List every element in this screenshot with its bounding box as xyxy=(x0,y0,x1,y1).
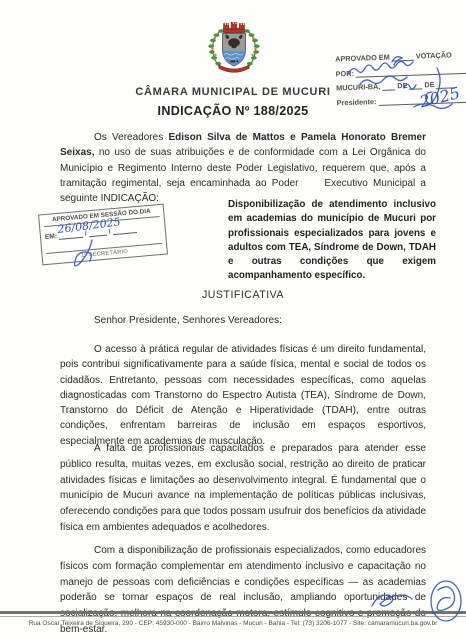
mural-crown xyxy=(224,22,245,33)
de-label: DE xyxy=(424,80,434,89)
presidente-label: Presidente: xyxy=(337,97,377,107)
coat-of-arms-mucuri xyxy=(199,20,269,84)
por-label: POR: xyxy=(336,68,355,78)
blank-field xyxy=(436,79,454,89)
blank-field xyxy=(392,52,414,62)
stamp-approved-in-vote: APROVADO EM VOTAÇÃO POR: MUCURI-BA, DE D… xyxy=(335,50,466,113)
blank-field xyxy=(378,93,466,105)
justification-paragraph-1: O acesso à prática regular de atividades… xyxy=(60,342,426,449)
justificativa-heading: JUSTIFICATIVA xyxy=(60,289,426,301)
footer-rule-thin xyxy=(0,616,466,617)
blank-field xyxy=(356,64,466,77)
approved-em-label: APROVADO EM xyxy=(335,53,390,64)
city-label: MUCURI-BA, xyxy=(336,82,380,93)
de-label: DE xyxy=(397,81,407,90)
blank-month xyxy=(88,227,107,238)
stamp-approved-in-session: APROVADO EM SESSÃO DO DIA EM: / / 1º SEC… xyxy=(38,204,168,266)
wreath-right xyxy=(244,29,260,65)
intro-lead: Os Vereadores xyxy=(94,132,168,143)
stamp-line-votacao: APROVADO EM VOTAÇÃO xyxy=(335,50,466,64)
wreath-left xyxy=(208,29,224,65)
document-page: CÂMARA MUNICIPAL DE MUCURI INDICAÇÃO Nº … xyxy=(0,0,466,640)
blank-field xyxy=(409,80,422,89)
footer-address: Rua Oscar Teixeira de Siqueira, 290 - CE… xyxy=(0,620,466,627)
stamp-line-date: MUCURI-BA, DE DE xyxy=(336,79,466,93)
footer-rule xyxy=(0,611,466,614)
indication-text: Disponibilização de atendimento inclusiv… xyxy=(228,198,436,284)
em-label: EM: xyxy=(45,233,58,241)
stamp-line-presidente: Presidente: xyxy=(337,93,466,107)
intro-paragraph: Os Vereadores Edison Silva de Mattos e P… xyxy=(60,130,426,206)
justification-paragraph-2: A falta de profissionais capacitados e p… xyxy=(60,441,426,536)
slash: / xyxy=(85,230,87,237)
blank-field xyxy=(382,81,395,90)
stamp-line-por: POR: xyxy=(336,64,466,78)
shield xyxy=(222,33,245,66)
slash: / xyxy=(108,228,110,235)
votacao-label: VOTAÇÃO xyxy=(416,50,452,60)
monogram-inner xyxy=(437,587,454,611)
salutation: Senhor Presidente, Senhores Vereadores: xyxy=(94,315,282,326)
